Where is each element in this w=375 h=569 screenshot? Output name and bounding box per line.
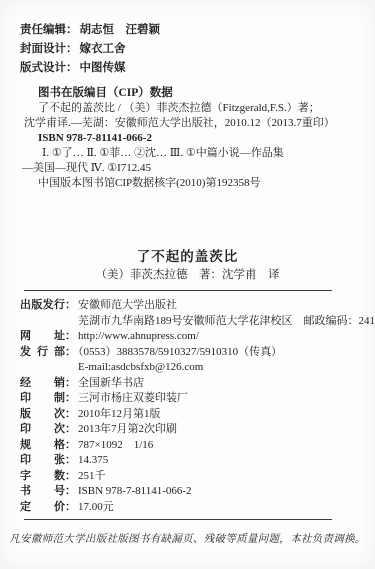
pub-row-9: 字数：251千 bbox=[20, 469, 375, 485]
cip-lines: 了不起的盖茨比 / （美）菲茨杰拉德（Fitzgerald,F.S.）著；沈学甫… bbox=[22, 101, 361, 191]
pub-row-6: 印次：2013年7月第2次印刷 bbox=[20, 422, 375, 438]
quality-exchange-note: 凡安徽师范大学出版社版图书有缺漏页、残破等质量问题，本社负责调换。 bbox=[0, 531, 375, 546]
cip-line-4: —美国—现代 Ⅳ. ①I712.45 bbox=[22, 161, 361, 176]
editor-row-2: 版式设计：中图传媒 bbox=[20, 59, 375, 78]
pub-row-4-colon: ： bbox=[65, 392, 76, 404]
pub-row-3-label: 经销 bbox=[20, 376, 65, 392]
pub-row-2: 发行部：（0553）3883578/5910327/5910310（传真） bbox=[20, 345, 375, 361]
pub-row-10-colon: ： bbox=[65, 485, 76, 497]
pub-row-2-extra: ：E-mail:asdcbsfxb@126.com bbox=[20, 360, 375, 376]
pub-row-3-value: 全国新华书店 bbox=[76, 377, 144, 389]
pub-row-0-extra: ：芜湖市九华南路189号安徽师范大学花津校区 邮政编码：241002 bbox=[20, 314, 375, 330]
pub-row-10-value: ISBN 978-7-81141-066-2 bbox=[76, 485, 192, 497]
editor-row-0-label: 责任编辑 bbox=[20, 21, 66, 40]
pub-row-8-label: 印张 bbox=[20, 453, 65, 469]
pub-row-2-value: （0553）3883578/5910327/5910310（传真） bbox=[76, 346, 282, 358]
pub-row-1-value: http://www.ahnupress.com/ bbox=[76, 330, 199, 342]
pub-row-11: 定价：17.00元 bbox=[20, 500, 375, 516]
editor-row-2-label: 版式设计 bbox=[20, 59, 66, 78]
pub-row-0: 出版发行：安徽师范大学出版社 bbox=[20, 298, 375, 314]
pub-row-2-label: 发行部 bbox=[20, 345, 65, 361]
cip-heading: 图书在版编目（CIP）数据 bbox=[22, 86, 361, 101]
pub-row-7: 规格：787×1092 1/16 bbox=[20, 438, 375, 454]
editor-row-2-colon: ： bbox=[66, 62, 78, 74]
editor-row-0: 责任编辑：胡志恒 汪碧颖 bbox=[20, 21, 375, 40]
editor-row-1-colon: ： bbox=[66, 43, 78, 55]
cip-line-0: 了不起的盖茨比 / （美）菲茨杰拉德（Fitzgerald,F.S.）著； bbox=[22, 101, 361, 116]
pub-row-4: 印制：三河市杨庄双菱印装厂 bbox=[20, 391, 375, 407]
editor-row-2-value: 中图传媒 bbox=[78, 62, 126, 74]
pub-row-5: 版次：2010年12月第1版 bbox=[20, 407, 375, 423]
pub-row-8-colon: ： bbox=[65, 454, 76, 466]
cip-line-1: 沈学甫译.—芜湖：安徽师范大学出版社，2010.12（2013.7重印） bbox=[22, 116, 361, 131]
cip-line-2: ISBN 978-7-81141-066-2 bbox=[22, 131, 361, 146]
pub-row-1-label: 网址 bbox=[20, 329, 65, 345]
pub-row-10-label: 书号 bbox=[20, 484, 65, 500]
publication-info-block: 出版发行：安徽师范大学出版社：芜湖市九华南路189号安徽师范大学花津校区 邮政编… bbox=[0, 298, 375, 515]
book-copyright-page: 责任编辑：胡志恒 汪碧颖封面设计：嫁衣工舍版式设计：中图传媒 图书在版编目（CI… bbox=[0, 0, 375, 569]
pub-row-11-colon: ： bbox=[65, 501, 76, 513]
pub-row-6-value: 2013年7月第2次印刷 bbox=[76, 423, 177, 435]
pub-row-1-colon: ： bbox=[65, 330, 76, 342]
editor-row-1-label: 封面设计 bbox=[20, 40, 66, 59]
pub-row-2-colon: ： bbox=[65, 346, 76, 358]
title-block: 了不起的盖茨比 （美）菲茨杰拉德 著：沈学甫 译 bbox=[0, 248, 375, 284]
pub-row-8-value: 14.375 bbox=[76, 454, 108, 466]
pub-row-5-colon: ： bbox=[65, 408, 76, 420]
editor-row-0-value: 胡志恒 汪碧颖 bbox=[78, 24, 161, 36]
pub-row-8: 印张：14.375 bbox=[20, 453, 375, 469]
pub-row-0-label: 出版发行 bbox=[20, 298, 65, 314]
author-translator-byline: （美）菲茨杰拉德 著：沈学甫 译 bbox=[0, 266, 375, 284]
editor-row-1: 封面设计：嫁衣工舍 bbox=[20, 40, 375, 59]
pub-row-4-value: 三河市杨庄双菱印装厂 bbox=[76, 392, 188, 404]
editor-row-0-colon: ： bbox=[66, 24, 78, 36]
pub-row-7-value: 787×1092 1/16 bbox=[76, 439, 153, 451]
pub-row-5-value: 2010年12月第1版 bbox=[76, 408, 161, 420]
pub-row-5-label: 版次 bbox=[20, 407, 65, 423]
editors-block: 责任编辑：胡志恒 汪碧颖封面设计：嫁衣工舍版式设计：中图传媒 bbox=[0, 0, 375, 78]
pub-row-6-colon: ： bbox=[65, 423, 76, 435]
pub-row-9-label: 字数 bbox=[20, 469, 65, 485]
cip-block: 图书在版编目（CIP）数据 了不起的盖茨比 / （美）菲茨杰拉德（Fitzger… bbox=[0, 86, 375, 191]
pub-row-7-label: 规格 bbox=[20, 438, 65, 454]
pub-row-6-label: 印次 bbox=[20, 422, 65, 438]
pub-row-11-value: 17.00元 bbox=[76, 501, 114, 513]
pub-row-9-colon: ： bbox=[65, 470, 76, 482]
divider-bottom bbox=[24, 519, 332, 520]
cip-line-5: 中国版本图书馆CIP数据核字(2010)第192358号 bbox=[22, 176, 361, 191]
pub-row-3-colon: ： bbox=[65, 377, 76, 389]
book-title: 了不起的盖茨比 bbox=[0, 248, 375, 266]
pub-row-3: 经销：全国新华书店 bbox=[20, 376, 375, 392]
editor-row-1-value: 嫁衣工舍 bbox=[78, 43, 126, 55]
pub-row-10: 书号：ISBN 978-7-81141-066-2 bbox=[20, 484, 375, 500]
pub-row-1: 网址：http://www.ahnupress.com/ bbox=[20, 329, 375, 345]
pub-row-7-colon: ： bbox=[65, 439, 76, 451]
pub-row-0-value: 安徽师范大学出版社 bbox=[76, 299, 177, 311]
pub-row-4-label: 印制 bbox=[20, 391, 65, 407]
pub-row-9-value: 251千 bbox=[76, 470, 106, 482]
pub-row-0-extra-value: 芜湖市九华南路189号安徽师范大学花津校区 邮政编码：241002 bbox=[76, 315, 375, 327]
pub-row-0-colon: ： bbox=[65, 299, 76, 311]
pub-row-11-label: 定价 bbox=[20, 500, 65, 516]
divider-top bbox=[24, 290, 332, 291]
cip-line-3: Ⅰ. ①了… Ⅱ. ①菲… ②沈… Ⅲ. ①中篇小说—作品集 bbox=[22, 146, 361, 161]
pub-row-2-extra-value: E-mail:asdcbsfxb@126.com bbox=[76, 361, 203, 373]
